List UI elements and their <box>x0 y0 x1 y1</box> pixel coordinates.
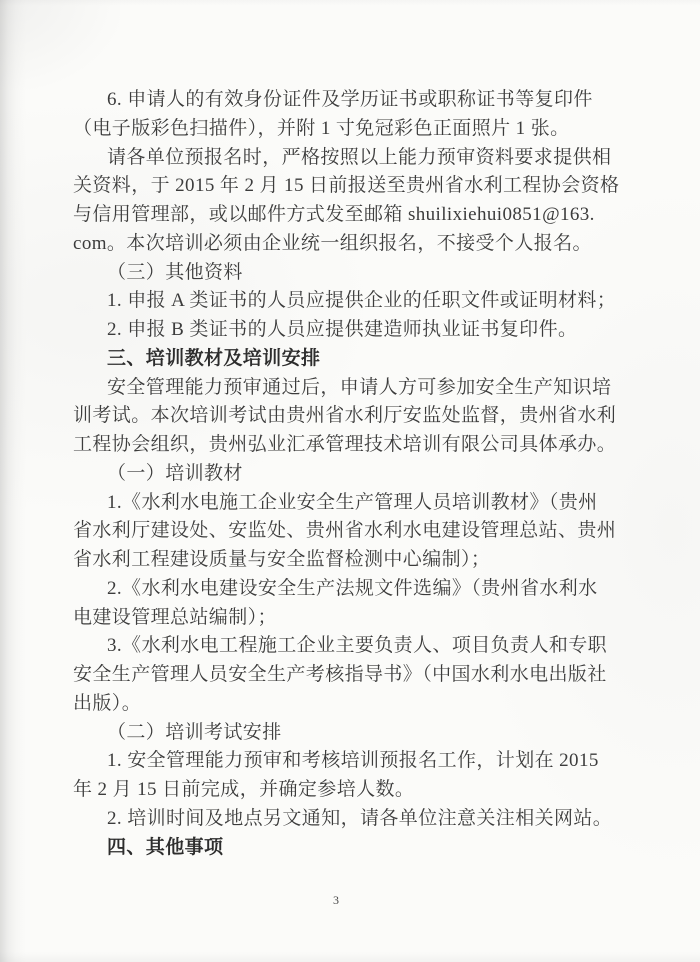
text-line: 1.《水利水电施工企业安全生产管理人员培训教材》（贵州 <box>73 489 629 518</box>
text-line: 电建设管理总站编制）； <box>73 604 629 633</box>
scan-edge-shadow <box>0 0 26 962</box>
text-line: 1. 申报 A 类证书的人员应提供企业的任职文件或证明材料； <box>73 287 629 316</box>
text-line: 与信用管理部，或以邮件方式发至邮箱 shuilixiehui0851@163. <box>73 201 629 230</box>
text-line: （二）培训考试安排 <box>73 719 629 748</box>
text-line: （一）培训教材 <box>73 460 629 489</box>
text-line: 关资料，于 2015 年 2 月 15 日前报送至贵州省水利工程协会资格 <box>73 172 629 201</box>
section-heading: 三、培训教材及培训安排 <box>73 345 629 374</box>
text-line: 2.《水利水电建设安全生产法规文件选编》（贵州省水利水 <box>73 575 629 604</box>
text-line: com。本次培训必须由企业统一组织报名，不接受个人报名。 <box>73 230 629 259</box>
section-heading: 四、其他事项 <box>73 834 629 863</box>
text-line: 2. 申报 B 类证书的人员应提供建造师执业证书复印件。 <box>73 316 629 345</box>
document-page: 6. 申请人的有效身份证件及学历证书或职称证书等复印件（电子版彩色扫描件），并附… <box>0 0 700 962</box>
text-line: 安全生产管理人员安全生产考核指导书》（中国水利水电出版社 <box>73 661 629 690</box>
scan-corner-shadow <box>0 0 120 90</box>
text-line: 训考试。本次培训考试由贵州省水利厅安监处监督，贵州省水利 <box>73 402 629 431</box>
text-line: 年 2 月 15 日前完成，并确定参培人数。 <box>73 776 629 805</box>
text-line: 6. 申请人的有效身份证件及学历证书或职称证书等复印件 <box>73 86 629 115</box>
text-line: （三）其他资料 <box>73 259 629 288</box>
text-line: 2. 培训时间及地点另文通知，请各单位注意关注相关网站。 <box>73 805 629 834</box>
text-line: （电子版彩色扫描件），并附 1 寸免冠彩色正面照片 1 张。 <box>73 115 629 144</box>
text-line: 3.《水利水电工程施工企业主要负责人、项目负责人和专职 <box>73 632 629 661</box>
text-line: 省水利工程建设质量与安全监督检测中心编制）； <box>73 546 629 575</box>
text-line: 1. 安全管理能力预审和考核培训预报名工作，计划在 2015 <box>73 747 629 776</box>
text-line: 出版）。 <box>73 690 629 719</box>
document-body: 6. 申请人的有效身份证件及学历证书或职称证书等复印件（电子版彩色扫描件），并附… <box>73 86 629 862</box>
text-line: 请各单位预报名时，严格按照以上能力预审资料要求提供相 <box>73 144 629 173</box>
page-number: 3 <box>0 893 672 908</box>
text-line: 工程协会组织，贵州弘业汇承管理技术培训有限公司具体承办。 <box>73 431 629 460</box>
text-line: 省水利厅建设处、安监处、贵州省水利水电建设管理总站、贵州 <box>73 517 629 546</box>
text-line: 安全管理能力预审通过后，申请人方可参加安全生产知识培 <box>73 374 629 403</box>
